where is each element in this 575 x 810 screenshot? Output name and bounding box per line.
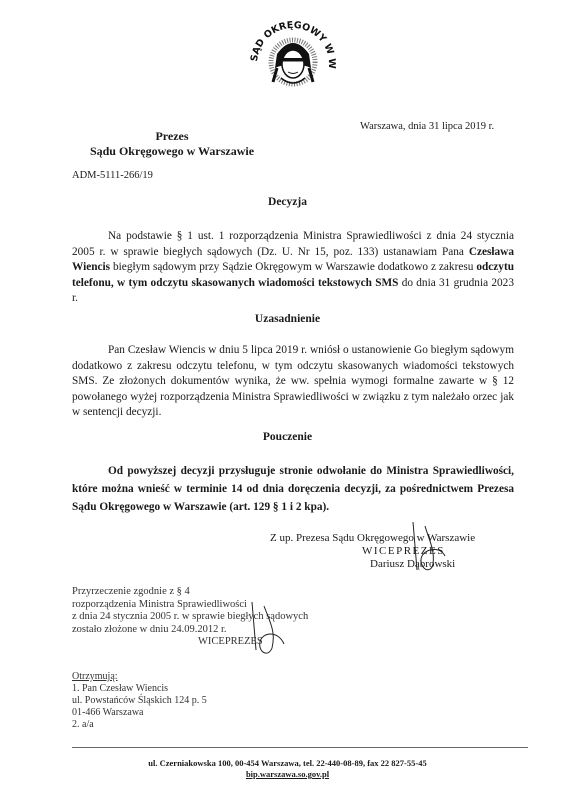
decision-paragraph: Na podstawie § 1 ust. 1 rozporządzenia M… <box>72 229 514 307</box>
decision-title: Decyzja <box>0 196 575 208</box>
oath-note: Przyrzeczenie zgodnie z § 4 rozporządzen… <box>72 586 308 649</box>
oath-role: WICEPREZES <box>198 636 308 649</box>
issuer-court: Sądu Okręgowego w Warszawie <box>72 144 272 159</box>
recipient-line: 1. Pan Czesław Wiencis <box>72 683 207 695</box>
footer-address: ul. Czerniakowska 100, 00-454 Warszawa, … <box>0 758 575 769</box>
recipient-line: ul. Powstańców Śląskich 124 p. 5 <box>72 695 207 707</box>
recipient-line: 01-466 Warszawa <box>72 707 207 719</box>
signature-role: WICEPREZES <box>362 545 558 558</box>
footer-divider <box>72 747 528 748</box>
issuer-block: Prezes Sądu Okręgowego w Warszawie <box>72 129 272 159</box>
instruction-paragraph: Od powyższej decyzji przysługuje stronie… <box>72 462 514 516</box>
justification-text: Pan Czesław Wiencis w dniu 5 lipca 2019 … <box>72 344 514 418</box>
place-date: Warszawa, dnia 31 lipca 2019 r. <box>360 121 494 132</box>
justification-paragraph: Pan Czesław Wiencis w dniu 5 lipca 2019 … <box>72 343 514 421</box>
oath-line: zostało złożone w dniu 24.09.2012 r. <box>72 624 308 637</box>
reference-number: ADM-5111-266/19 <box>72 170 153 181</box>
signature-on-behalf: Z up. Prezesa Sądu Okręgowego w Warszawi… <box>268 532 558 545</box>
oath-line: z dnia 24 stycznia 2005 r. w sprawie bie… <box>72 611 308 624</box>
court-seal-icon: SĄD OKRĘGOWY W WARSZAWIE <box>243 2 343 102</box>
instruction-text: Od powyższej decyzji przysługuje stronie… <box>72 465 514 513</box>
signature-name: Dariusz Dąbrowski <box>370 558 558 571</box>
signature-block: Z up. Prezesa Sądu Okręgowego w Warszawi… <box>268 532 558 571</box>
recipients-title: Otrzymują: <box>72 671 207 683</box>
footer: ul. Czerniakowska 100, 00-454 Warszawa, … <box>0 758 575 780</box>
footer-link[interactable]: bip.warszawa.so.gov.pl <box>0 769 575 780</box>
issuer-title: Prezes <box>72 129 272 144</box>
decision-text-c: biegłym sądowym przy Sądzie Okręgowym w … <box>110 261 476 273</box>
court-seal-logo: SĄD OKRĘGOWY W WARSZAWIE <box>243 2 343 102</box>
oath-line: rozporządzenia Ministra Sprawiedliwości <box>72 599 308 612</box>
decision-text-a: Na podstawie § 1 ust. 1 rozporządzenia M… <box>72 230 514 258</box>
recipient-line: 2. a/a <box>72 719 207 731</box>
instruction-title: Pouczenie <box>0 431 575 443</box>
justification-title: Uzasadnienie <box>0 313 575 325</box>
oath-line: Przyrzeczenie zgodnie z § 4 <box>72 586 308 599</box>
recipients-block: Otrzymują: 1. Pan Czesław Wiencis ul. Po… <box>72 671 207 731</box>
